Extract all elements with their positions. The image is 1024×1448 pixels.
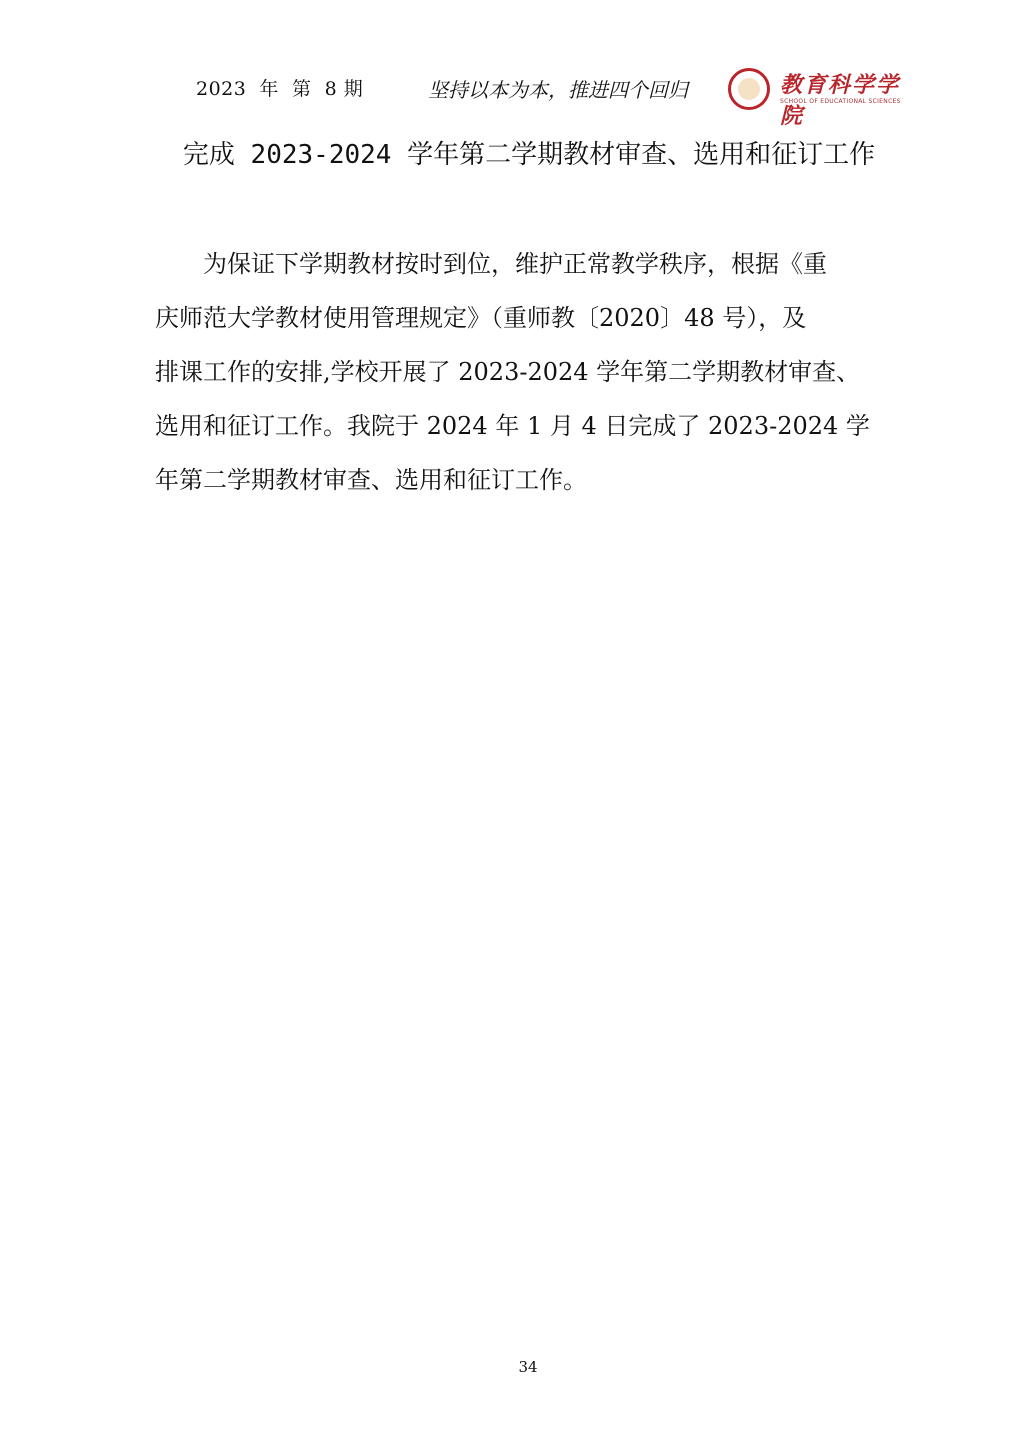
school-emblem-icon	[728, 68, 770, 110]
school-logo: 教育科学学院 SCHOOL OF EDUCATIONAL SCIENCES	[726, 66, 906, 116]
slogan-text: 坚持以本为本，推进四个回归	[428, 74, 688, 103]
paragraph-line: 排课工作的安排,学校开展了 2023-2024 学年第二学期教材审查、	[155, 345, 865, 399]
paragraph-line: 选用和征订工作。我院于 2024 年 1 月 4 日完成了 2023-2024 …	[155, 399, 865, 453]
logo-name-en: SCHOOL OF EDUCATIONAL SCIENCES	[780, 98, 901, 105]
article-title: 完成 2023-2024 学年第二学期教材审查、选用和征订工作	[0, 134, 1024, 171]
issue-label: 2023 年 第 8 期	[196, 74, 363, 101]
paragraph-line: 为保证下学期教材按时到位，维护正常教学秩序，根据《重	[155, 237, 865, 291]
page-number: 34	[0, 1358, 1024, 1376]
article-paragraph: 为保证下学期教材按时到位，维护正常教学秩序，根据《重 庆师范大学教材使用管理规定…	[155, 237, 865, 507]
paragraph-line: 庆师范大学教材使用管理规定》（重师教〔2020〕48 号），及	[155, 291, 865, 345]
paragraph-line: 年第二学期教材审查、选用和征订工作。	[155, 453, 865, 507]
emblem-center	[738, 78, 760, 100]
